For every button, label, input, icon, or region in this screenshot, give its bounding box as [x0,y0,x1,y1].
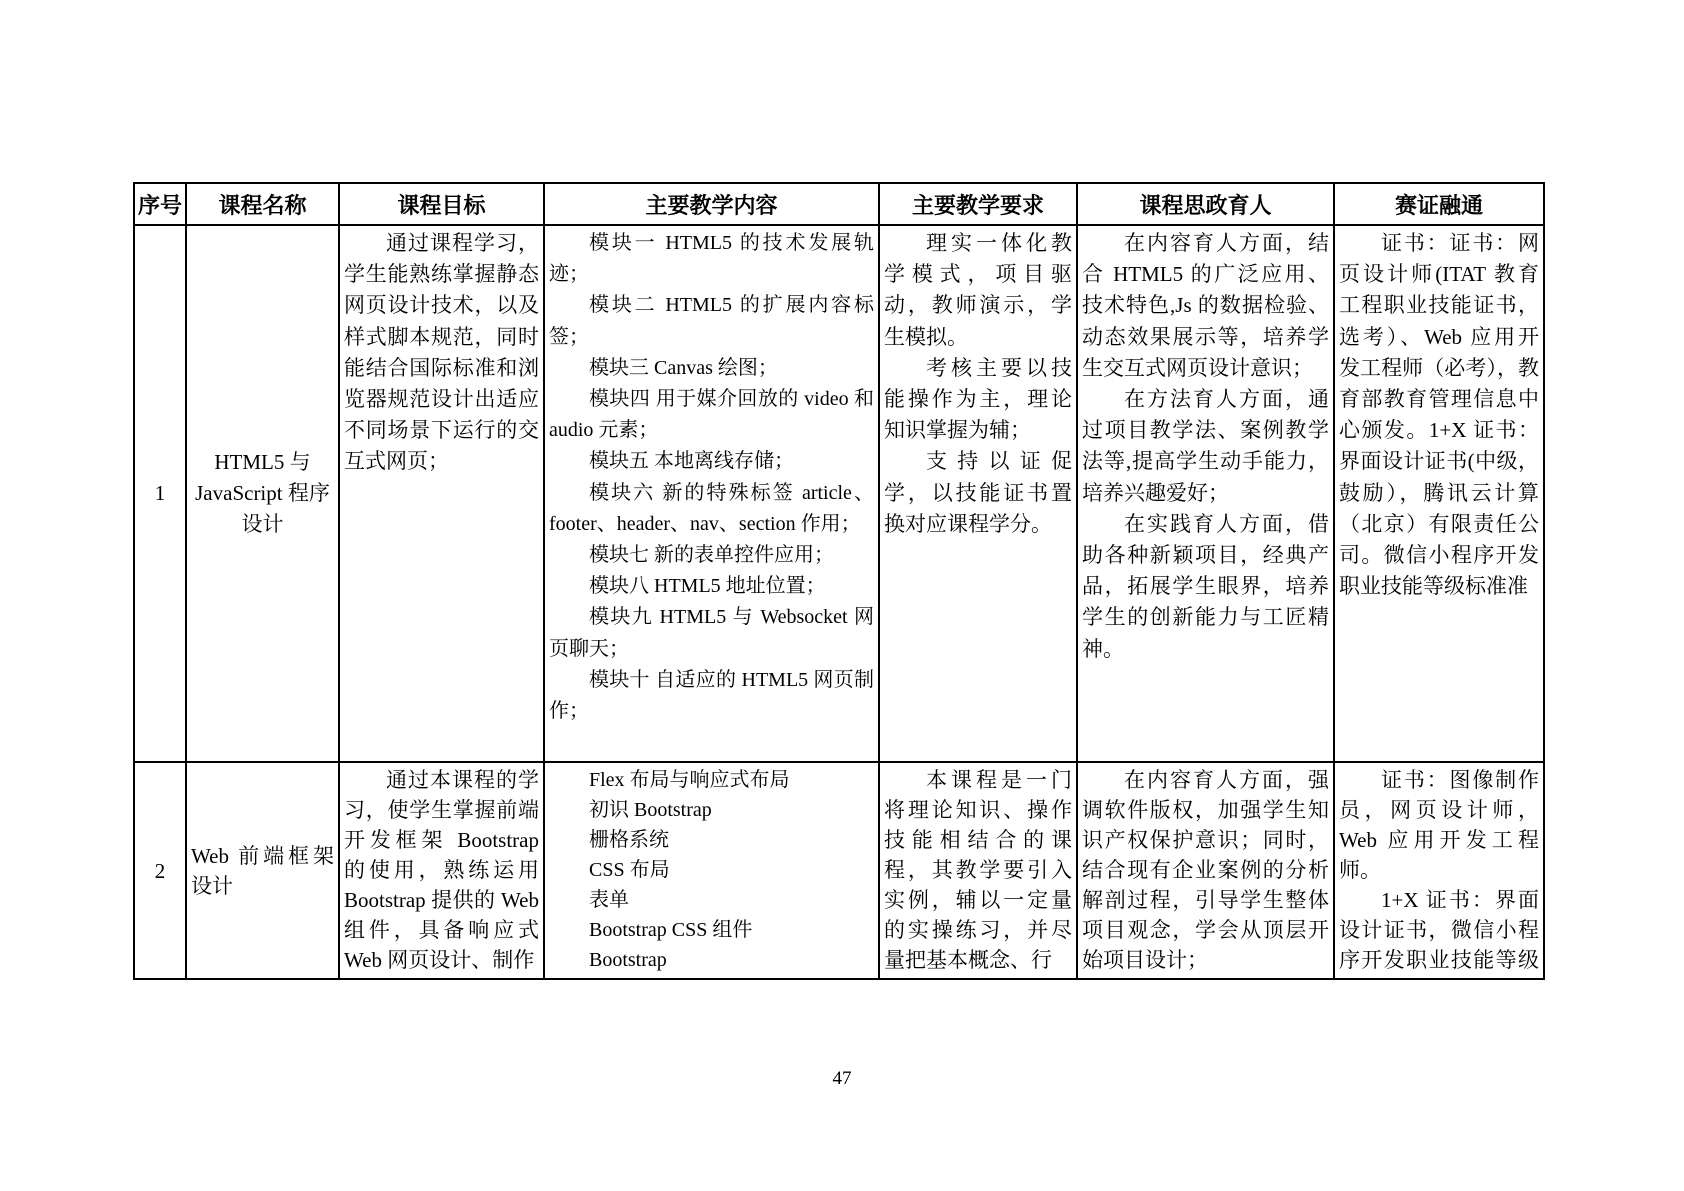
row2-ideology-paragraph: 在内容育人方面，强调软件版权，加强学生知识产权保护意识；同时，结合现有企业案例的… [1082,765,1329,974]
row2-ideology: 在内容育人方面，强调软件版权，加强学生知识产权保护意识；同时，结合现有企业案例的… [1082,765,1329,974]
cell-row2-objectives: 通过本课程的学习，使学生掌握前端开发框架 Bootstrap 的使用，熟练运用 … [339,762,544,979]
row1-requirement-paragraph-1: 理实一体化教学模式，项目驱动，教师演示，学生模拟。 [884,228,1072,353]
col-header-no: 序号 [134,183,186,225]
row2-content-item-7: Bootstrap [549,945,874,974]
col-header-content: 主要教学内容 [544,183,879,225]
row2-no: 2 [139,856,181,886]
col-header-certificates: 赛证融通 [1334,183,1544,225]
table-header-row: 序号 课程名称 课程目标 主要教学内容 主要教学要求 课程思政育人 赛证融通 [134,183,1544,225]
cell-row1-objectives: 通过课程学习，学生能熟练掌握静态网页设计技术，以及样式脚本规范，同时能结合国际标… [339,225,544,762]
row1-content-module-5: 模块五 本地离线存储； [549,446,874,477]
cell-row2-ideology: 在内容育人方面，强调软件版权，加强学生知识产权保护意识；同时，结合现有企业案例的… [1077,762,1334,979]
row1-requirements: 理实一体化教学模式，项目驱动，教师演示，学生模拟。 考核主要以技能操作为主，理论… [884,228,1072,540]
row1-content-module-6: 模块六 新的特殊标签 article、footer、header、nav、sec… [549,478,874,540]
row2-objective-paragraph: 通过本课程的学习，使学生掌握前端开发框架 Bootstrap 的使用，熟练运用 … [344,765,539,974]
row1-content-module-1: 模块一 HTML5 的技术发展轨迹； [549,228,874,290]
page-number: 47 [0,1068,1684,1090]
row1-ideology-paragraph-1: 在内容育人方面，结合 HTML5 的广泛应用、技术特色,Js 的数据检验、动态效… [1082,228,1329,384]
course-table: 序号 课程名称 课程目标 主要教学内容 主要教学要求 课程思政育人 赛证融通 1… [133,182,1545,980]
col-header-requirements: 主要教学要求 [879,183,1077,225]
row1-objective-paragraph: 通过课程学习，学生能熟练掌握静态网页设计技术，以及样式脚本规范，同时能结合国际标… [344,228,539,478]
cell-row1-no: 1 [134,225,186,762]
document-page: 序号 课程名称 课程目标 主要教学内容 主要教学要求 课程思政育人 赛证融通 1… [0,0,1684,1191]
row2-content-item-5: 表单 [549,885,874,915]
row2-content-item-1: Flex 布局与响应式布局 [549,765,874,795]
row1-content-module-9: 模块九 HTML5 与 Websocket 网页聊天； [549,602,874,664]
cell-row2-requirements: 本课程是一门将理论知识、操作技能相结合的课程，其教学要引入实例，辅以一定量的实操… [879,762,1077,979]
row2-certificates-paragraph-2: 1+X 证书：界面设计证书，微信小程序开发职业技能等级标准 [1339,885,1539,974]
row2-certificates: 证书：图像制作员，网页设计师，Web 应用开发工程师。 1+X 证书：界面设计证… [1339,765,1539,974]
cell-row1-certificates: 证书：证书：网页设计师(ITAT 教育工程职业技能证书，选考）、Web 应用开发… [1334,225,1544,762]
row1-content-module-10: 模块十 自适应的 HTML5 网页制作； [549,665,874,727]
cell-row1-course-name: HTML5 与 JavaScript 程序设计 [186,225,339,762]
row2-content-item-3: 栅格系统 [549,825,874,855]
row2-objectives: 通过本课程的学习，使学生掌握前端开发框架 Bootstrap 的使用，熟练运用 … [344,765,539,974]
col-header-objectives: 课程目标 [339,183,544,225]
row2-requirement-paragraph: 本课程是一门将理论知识、操作技能相结合的课程，其教学要引入实例，辅以一定量的实操… [884,765,1072,974]
row2-content: Flex 布局与响应式布局 初识 Bootstrap 栅格系统 CSS 布局 表… [549,765,874,974]
row1-course-name: HTML5 与 JavaScript 程序设计 [191,447,334,541]
cell-row2-no: 2 [134,762,186,979]
row1-content-module-2: 模块二 HTML5 的扩展内容标签； [549,290,874,352]
cell-row1-ideology: 在内容育人方面，结合 HTML5 的广泛应用、技术特色,Js 的数据检验、动态效… [1077,225,1334,762]
row2-content-item-4: CSS 布局 [549,855,874,885]
row1-certificates-paragraph: 证书：证书：网页设计师(ITAT 教育工程职业技能证书，选考）、Web 应用开发… [1339,228,1539,602]
row2-requirements: 本课程是一门将理论知识、操作技能相结合的课程，其教学要引入实例，辅以一定量的实操… [884,765,1072,974]
row1-ideology-paragraph-2: 在方法育人方面，通过项目教学法、案例教学法等,提高学生动手能力，培养兴趣爱好； [1082,384,1329,509]
row1-content: 模块一 HTML5 的技术发展轨迹； 模块二 HTML5 的扩展内容标签； 模块… [549,228,874,727]
row2-certificates-paragraph-1: 证书：图像制作员，网页设计师，Web 应用开发工程师。 [1339,765,1539,885]
cell-row1-requirements: 理实一体化教学模式，项目驱动，教师演示，学生模拟。 考核主要以技能操作为主，理论… [879,225,1077,762]
row1-requirement-paragraph-3: 支持以证促学，以技能证书置换对应课程学分。 [884,446,1072,540]
row2-content-item-2: 初识 Bootstrap [549,795,874,825]
table-row-2: 2 Web 前端框架设计 通过本课程的学习，使学生掌握前端开发框架 Bootst… [134,762,1544,979]
col-header-course-name: 课程名称 [186,183,339,225]
row1-certificates: 证书：证书：网页设计师(ITAT 教育工程职业技能证书，选考）、Web 应用开发… [1339,228,1539,602]
row1-content-module-3: 模块三 Canvas 绘图； [549,353,874,384]
row1-requirement-paragraph-2: 考核主要以技能操作为主，理论知识掌握为辅； [884,353,1072,447]
row2-course-name: Web 前端框架设计 [191,841,334,901]
table-row-1: 1 HTML5 与 JavaScript 程序设计 通过课程学习，学生能熟练掌握… [134,225,1544,762]
row1-ideology-paragraph-3: 在实践育人方面，借助各种新颖项目，经典产品，拓展学生眼界，培养学生的创新能力与工… [1082,509,1329,665]
cell-row2-certificates: 证书：图像制作员，网页设计师，Web 应用开发工程师。 1+X 证书：界面设计证… [1334,762,1544,979]
cell-row2-content: Flex 布局与响应式布局 初识 Bootstrap 栅格系统 CSS 布局 表… [544,762,879,979]
row1-content-module-8: 模块八 HTML5 地址位置； [549,571,874,602]
row1-content-module-7: 模块七 新的表单控件应用； [549,540,874,571]
row1-ideology: 在内容育人方面，结合 HTML5 的广泛应用、技术特色,Js 的数据检验、动态效… [1082,228,1329,665]
cell-row2-course-name: Web 前端框架设计 [186,762,339,979]
row2-content-item-6: Bootstrap CSS 组件 [549,915,874,945]
row1-content-module-4: 模块四 用于媒介回放的 video 和 audio 元素； [549,384,874,446]
cell-row1-content: 模块一 HTML5 的技术发展轨迹； 模块二 HTML5 的扩展内容标签； 模块… [544,225,879,762]
row1-objectives: 通过课程学习，学生能熟练掌握静态网页设计技术，以及样式脚本规范，同时能结合国际标… [344,228,539,478]
col-header-ideology: 课程思政育人 [1077,183,1334,225]
row1-no: 1 [139,478,181,509]
